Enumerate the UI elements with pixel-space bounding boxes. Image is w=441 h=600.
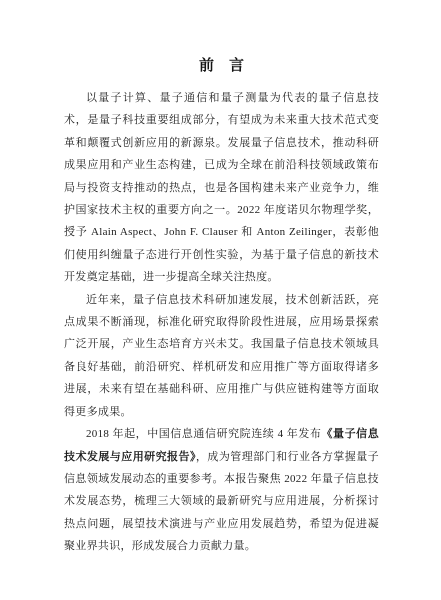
- page-title: 前 言: [64, 55, 379, 77]
- paragraph-3-rest: ，成为管理部门和行业各方掌握量子信息领域发展动态的重要参考。本报告聚焦 2022…: [64, 451, 379, 553]
- paragraph-3: 2018 年起，中国信息通信研究院连续 4 年发布《量子信息技术发展与应用研究报…: [64, 423, 379, 557]
- paragraph-3-lead: 2018 年起，中国信息通信研究院连续 4 年发布: [86, 428, 321, 440]
- paragraph-1: 以量子计算、量子通信和量子测量为代表的量子信息技术，是量子科技重要组成部分，有望…: [64, 87, 379, 289]
- preface-content: 前 言 以量子计算、量子通信和量子测量为代表的量子信息技术，是量子科技重要组成部…: [64, 55, 379, 558]
- paragraph-2: 近年来，量子信息技术科研加速发展，技术创新活跃，亮点成果不断涌现，标准化研究取得…: [64, 289, 379, 423]
- document-page: 前 言 以量子计算、量子通信和量子测量为代表的量子信息技术，是量子科技重要组成部…: [0, 0, 441, 600]
